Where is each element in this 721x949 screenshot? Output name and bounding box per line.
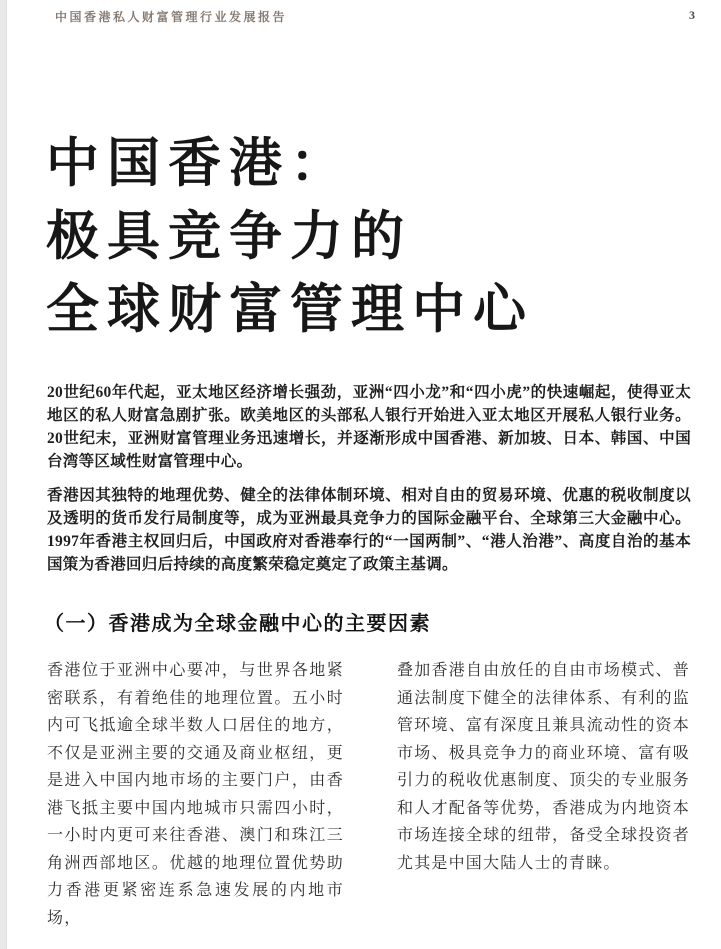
page-title-line-1: 中国香港： [46,128,534,201]
page-edge-strip [0,0,7,949]
page-title: 中国香港： 极具竞争力的 全球财富管理中心 [46,128,534,347]
report-page: 中国香港私人财富管理行业发展报告 3 中国香港： 极具竞争力的 全球财富管理中心… [0,0,721,949]
page-title-line-2: 极具竞争力的 [46,201,534,274]
page-title-line-3: 全球财富管理中心 [46,274,534,347]
section-column-left: 香港位于亚洲中心要冲，与世界各地紧密联系，有着绝佳的地理位置。五小时内可飞抵逾全… [47,657,344,932]
intro-paragraph-2: 香港因其独特的地理优势、健全的法律体制环境、相对自由的贸易环境、优惠的税收制度以… [47,484,691,577]
intro-paragraph-1: 20世纪60年代起，亚太地区经济增长强劲，亚洲“四小龙”和“四小虎”的快速崛起，… [47,381,691,474]
section-heading: （一）香港成为全球金融中心的主要因素 [44,607,431,636]
running-header-title: 中国香港私人财富管理行业发展报告 [55,8,287,25]
section-column-right: 叠加香港自由放任的自由市场模式、普通法制度下健全的法律体系、有利的监管环境、富有… [397,657,690,877]
page-number: 3 [689,8,695,23]
running-header: 中国香港私人财富管理行业发展报告 3 [55,8,695,25]
